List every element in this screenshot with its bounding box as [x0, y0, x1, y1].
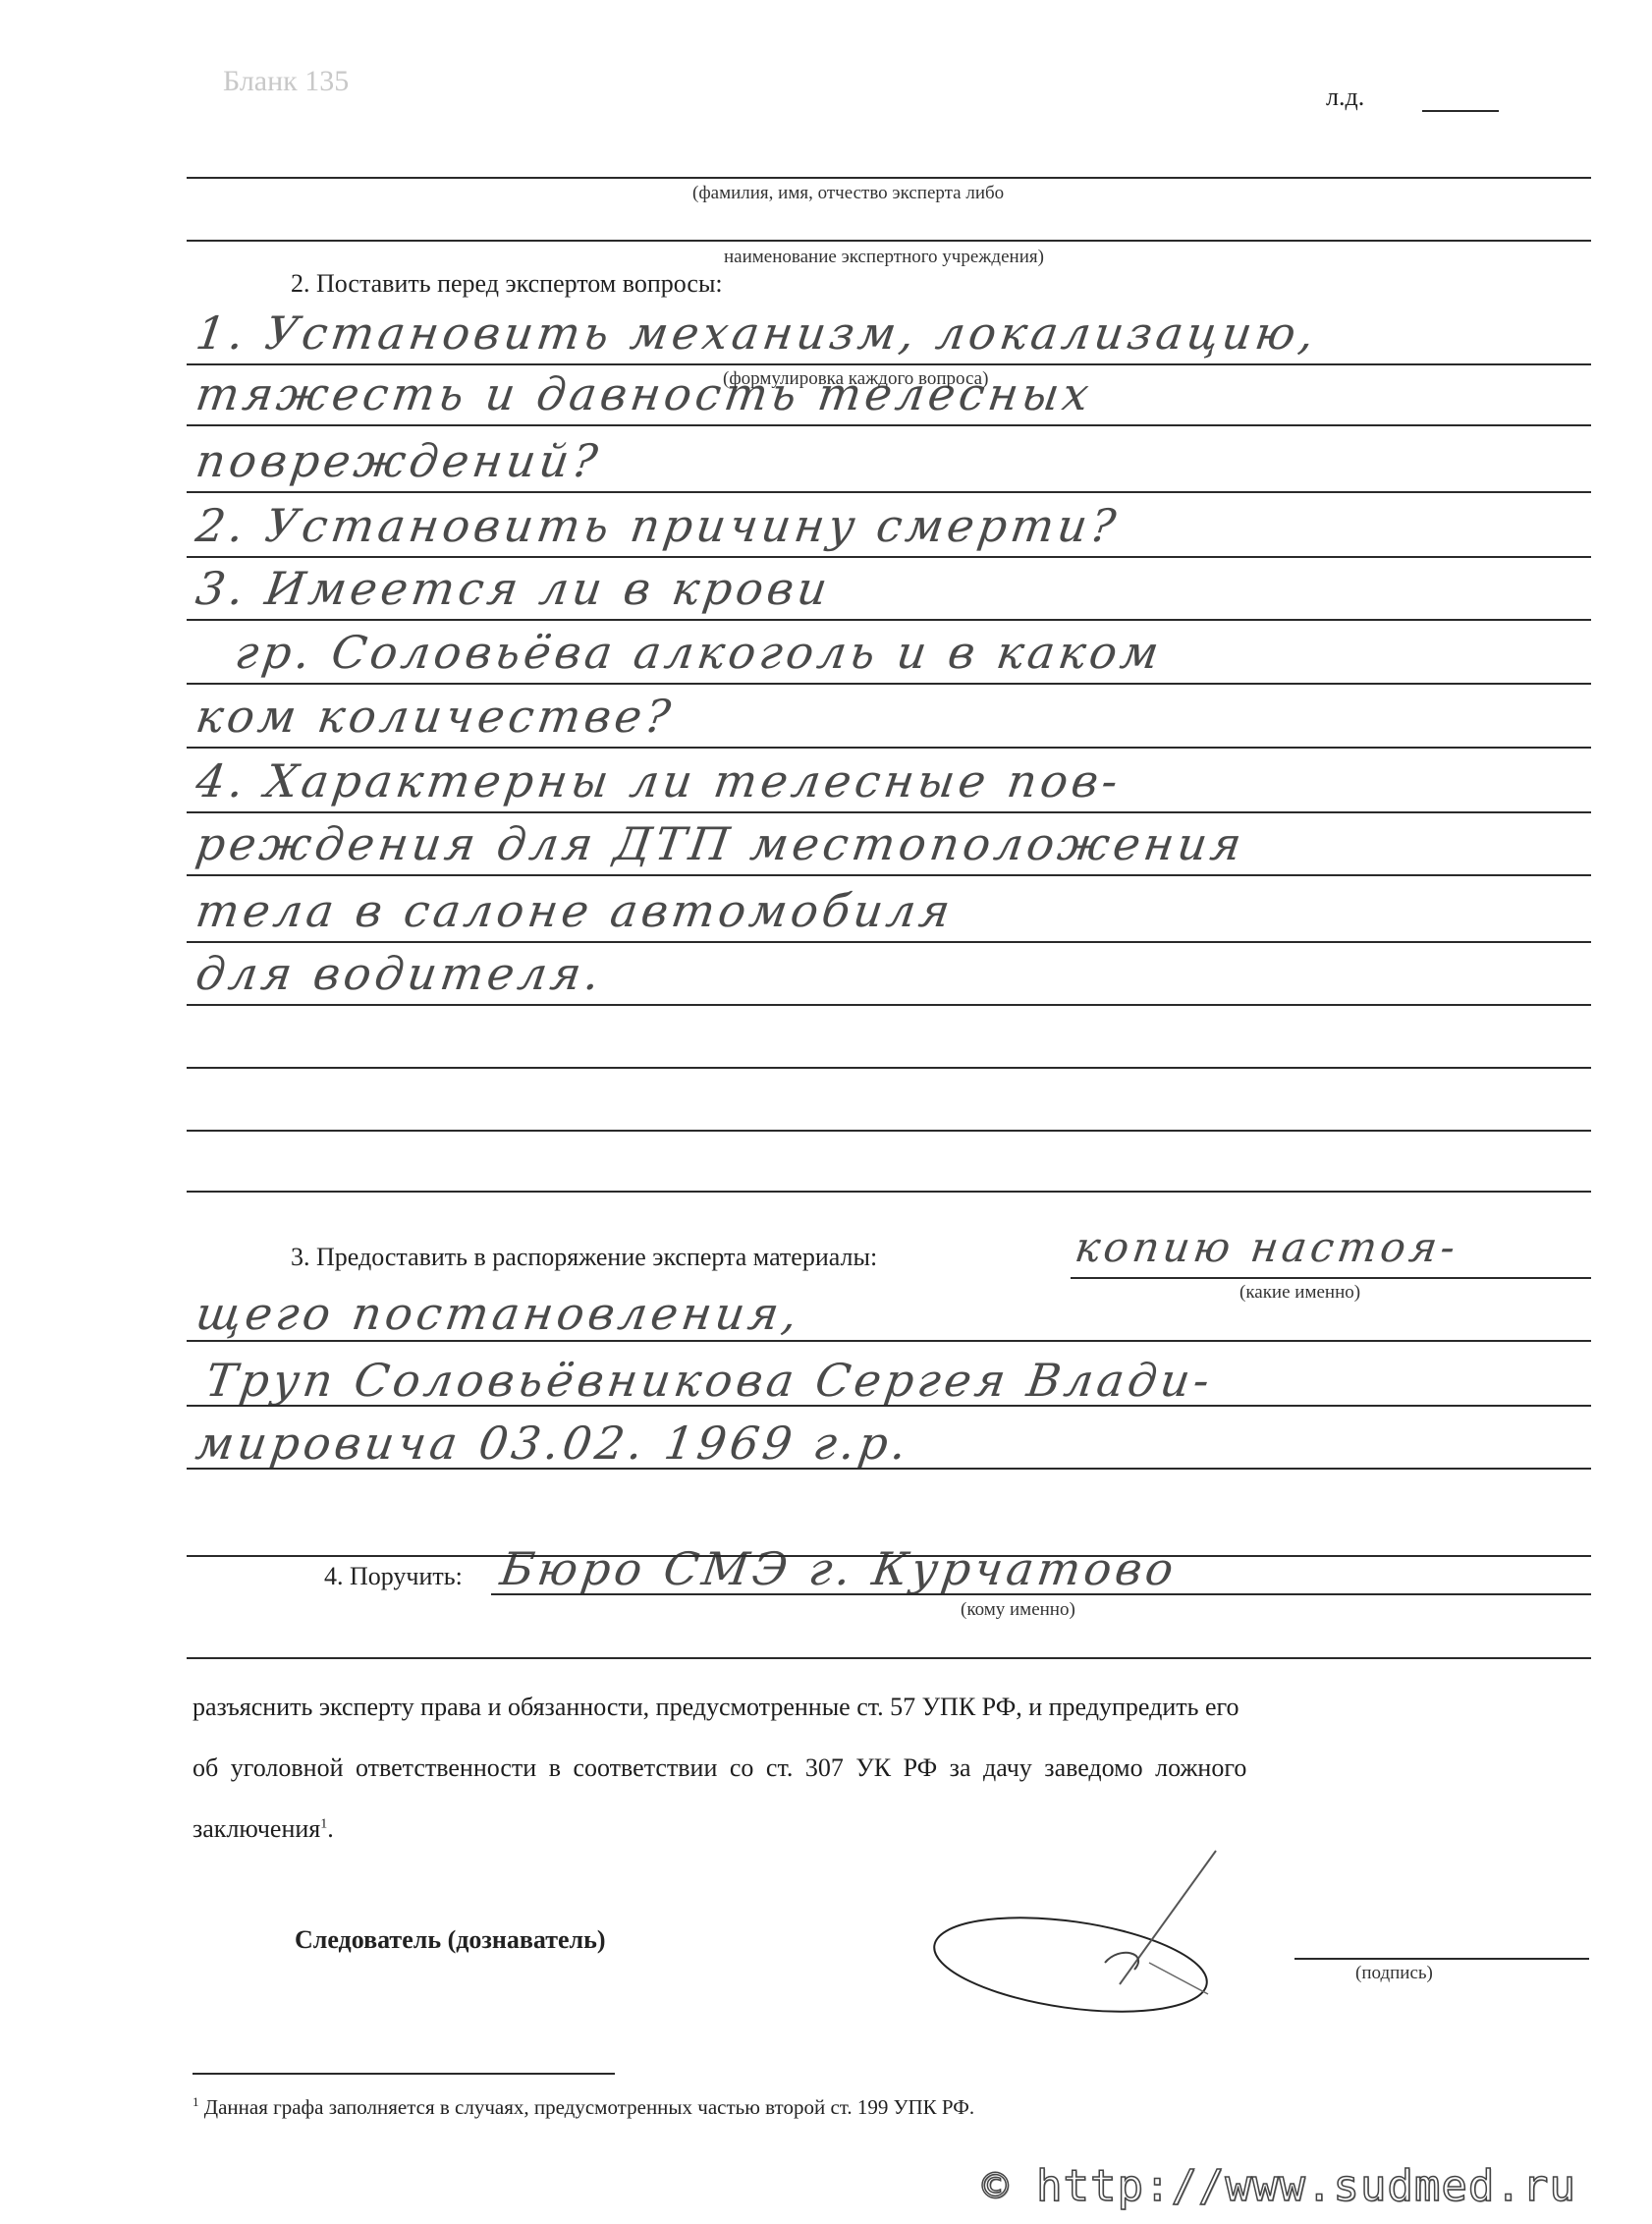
assignee-text: Бюро СМЭ г. Курчатово: [497, 1542, 1181, 1595]
footnote-marker: 1: [193, 2094, 199, 2109]
question-line: ком количестве?: [193, 690, 677, 743]
assignee-hint: (кому именно): [961, 1599, 1075, 1621]
signature-area[interactable]: [923, 1847, 1611, 2014]
question-rule[interactable]: [187, 874, 1591, 876]
materials-hint: (какие именно): [1239, 1282, 1360, 1304]
section2-title: 2. Поставить перед экспертом вопросы:: [291, 269, 723, 299]
materials-line-3-rule[interactable]: [187, 1405, 1591, 1407]
question-line: 4. Характерны ли телесные пов-: [193, 754, 1125, 807]
instructions-line-2: об уголовной ответственности в соответст…: [193, 1753, 1587, 1783]
question-line: реждения для ДТП местоположения: [193, 817, 1248, 870]
question-rule[interactable]: [187, 683, 1591, 685]
materials-line-2: Труп Соловьёвникова Сергея Влади-: [202, 1354, 1217, 1407]
copyright-icon: ©: [982, 2161, 1010, 2211]
question-line: 3. Имеется ли в крови: [193, 562, 834, 615]
question-line: 1. Установить механизм, локализацию,: [193, 306, 1321, 360]
section3-title: 3. Предоставить в распоряжение эксперта …: [291, 1243, 877, 1272]
instructions-line-3-end: .: [327, 1814, 334, 1843]
signature-scribble-icon: [923, 1847, 1611, 2014]
question-rule[interactable]: [187, 491, 1591, 493]
instructions-line-1: разъяснить эксперту права и обязанности,…: [193, 1693, 1587, 1722]
footnote-separator: [193, 2073, 615, 2075]
question-rule[interactable]: [187, 941, 1591, 943]
question-line: повреждений?: [193, 434, 604, 487]
materials-line-0: копию настоя-: [1073, 1223, 1462, 1271]
footnote-text: Данная графа заполняется в случаях, пред…: [204, 2095, 974, 2119]
expert-hint-2: наименование экспертного учреждения): [724, 247, 1044, 268]
materials-line-1: щего постановления,: [193, 1287, 804, 1340]
question-rule[interactable]: [187, 363, 1591, 365]
footnote: 1 Данная графа заполняется в случаях, пр…: [193, 2094, 974, 2120]
questions-hint: (формулировка каждого вопроса): [723, 368, 988, 390]
question-rule[interactable]: [187, 1130, 1591, 1132]
case-sheet-label: л.д.: [1326, 83, 1364, 112]
signature-hint: (подпись): [1355, 1963, 1433, 1984]
question-rule[interactable]: [187, 424, 1591, 426]
investigator-label: Следователь (дознаватель): [295, 1925, 606, 1955]
question-rule[interactable]: [187, 556, 1591, 558]
expert-hint-1: (фамилия, имя, отчество эксперта либо: [692, 183, 1004, 204]
question-line: для водителя.: [193, 947, 607, 1000]
signature-line[interactable]: [1294, 1958, 1589, 1960]
question-rule[interactable]: [187, 619, 1591, 621]
materials-line-3: мировича 03.02. 1969 г.р.: [193, 1417, 913, 1470]
materials-line-2-rule[interactable]: [187, 1340, 1591, 1342]
expert-institution-line[interactable]: [187, 240, 1591, 242]
question-rule[interactable]: [187, 1191, 1591, 1193]
materials-line-4-rule[interactable]: [187, 1468, 1591, 1470]
question-rule[interactable]: [187, 1067, 1591, 1069]
case-sheet-field[interactable]: [1422, 110, 1499, 112]
section4-bottom-rule: [187, 1657, 1591, 1659]
assignee-field[interactable]: [491, 1593, 1591, 1595]
question-line: 2. Установить причину смерти?: [193, 499, 1123, 552]
instructions-line-3-text: заключения: [193, 1814, 320, 1843]
form-number: Бланк 135: [223, 65, 349, 98]
instructions-line-3: заключения1.: [193, 1814, 334, 1844]
watermark-text: http://www.sudmed.ru: [1036, 2161, 1576, 2211]
expert-name-line[interactable]: [187, 177, 1591, 179]
question-line: гр. Соловьёва алкоголь и в каком: [232, 626, 1166, 679]
watermark: © http://www.sudmed.ru: [982, 2161, 1576, 2211]
question-rule[interactable]: [187, 747, 1591, 749]
assignee-value: Бюро СМЭ г. Курчатово: [310, 1542, 994, 1595]
question-line: тела в салоне автомобиля: [193, 884, 957, 937]
question-rule[interactable]: [187, 811, 1591, 813]
question-rule[interactable]: [187, 1004, 1591, 1006]
materials-line[interactable]: [1071, 1277, 1591, 1279]
